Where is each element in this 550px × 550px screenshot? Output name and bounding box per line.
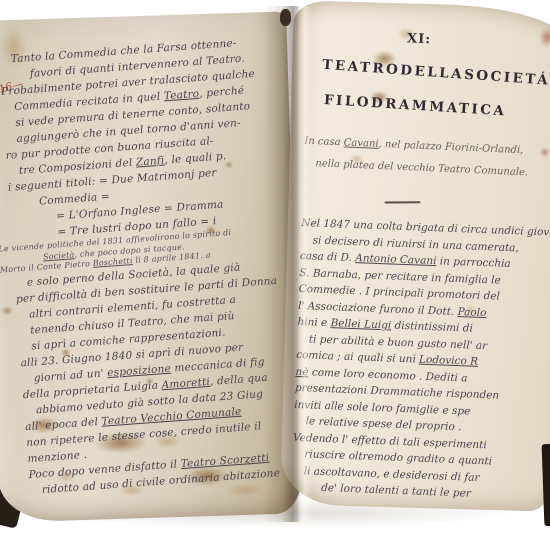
right-page-handwriting: Nel 1847 una colta brigata di circa undi… (291, 215, 550, 507)
section-divider (384, 201, 420, 203)
title-word-teatro: TEATRO (322, 57, 401, 78)
stain (1, 306, 13, 315)
title-word-societa: SOCIETÁ (464, 67, 550, 89)
chapter-title-line1: TEATRO DELLA SOCIETÁ (322, 57, 529, 87)
right-page: XI: TEATRO DELLA SOCIETÁ FILODRAMMATICA … (280, 0, 550, 511)
title-word-della: DELLA (400, 62, 465, 82)
right-page-subtitle: In casa Cavani, nel palazzo Fiorini-Orla… (303, 131, 550, 186)
book-cover-edge-right (542, 444, 550, 526)
chapter-title-line2: FILODRAMMATICA (319, 92, 512, 120)
left-page: 16— Tanto la Commedia che la Farsa otten… (0, 11, 302, 522)
gutter-top-shadow (280, 9, 291, 26)
manuscript-photo: 16— Tanto la Commedia che la Farsa otten… (0, 0, 550, 550)
stain (225, 482, 265, 497)
left-page-handwriting: Tanto la Commedia che la Farsa ottenne-f… (0, 32, 306, 498)
chapter-number: XI: (293, 26, 545, 52)
